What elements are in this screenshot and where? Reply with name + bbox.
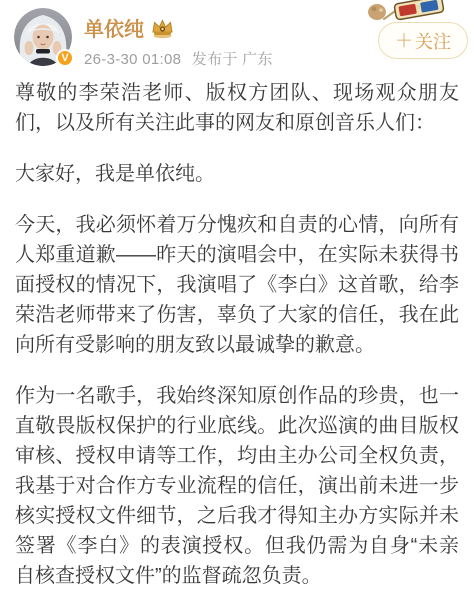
post-body: 尊敬的李荣浩老师、版权方团队、现场观众朋友们，以及所有关注此事的网友和原创音乐人… (0, 78, 474, 589)
follow-button-label: 关注 (415, 28, 451, 54)
follow-button[interactable]: ＋ 关注 (378, 22, 468, 59)
vip-crown-icon (150, 17, 175, 39)
weibo-post-card: V 单依纯 26-3-30 01:08 发布于 广东 (0, 0, 474, 589)
timestamp: 26-3-30 01:08 (84, 51, 181, 68)
paragraph-greeting: 大家好，我是单依纯。 (15, 159, 459, 189)
posted-from: 发布于 广东 (192, 51, 273, 68)
plus-icon: ＋ (395, 32, 413, 50)
paragraph-salutation: 尊敬的李荣浩老师、版权方团队、现场观众朋友们，以及所有关注此事的网友和原创音乐人… (15, 78, 459, 138)
avatar[interactable]: V (14, 8, 72, 66)
post-header: V 单依纯 26-3-30 01:08 发布于 广东 (0, 0, 474, 66)
paragraph-explanation: 作为一名歌手，我始终深知原创作品的珍贵，也一直敬畏版权保护的行业底线。此次巡演的… (15, 381, 459, 589)
username[interactable]: 单依纯 (84, 13, 144, 42)
post-meta: 26-3-30 01:08 发布于 广东 (84, 48, 273, 69)
user-block: 单依纯 26-3-30 01:08 发布于 广东 (84, 13, 273, 69)
paragraph-apology: 今天，我必须怀着万分愧疚和自责的心情，向所有人郑重道歉——昨天的演唱会中，在实际… (15, 210, 459, 360)
verified-badge: V (56, 49, 74, 67)
